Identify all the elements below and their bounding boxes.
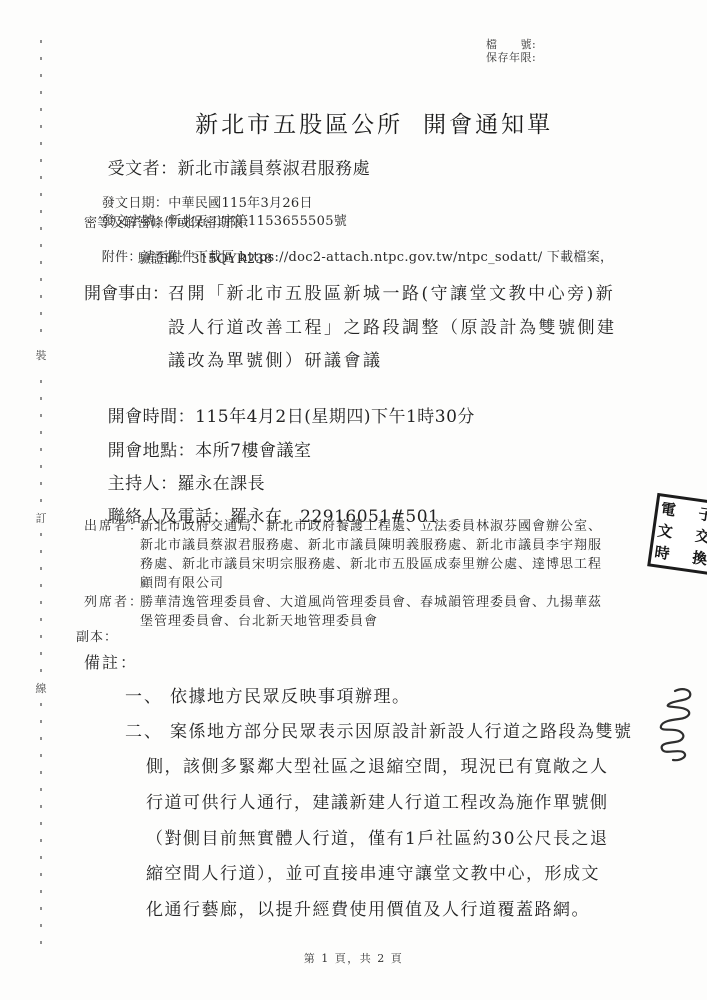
remark-2-line-2: 側，該側多緊鄰大型社區之退縮空間，現況已有寬敞之人 (146, 757, 609, 777)
recipient-label: 受文者： (108, 159, 178, 179)
subject-line-2: 設人行道改善工程」之路段調整（原設計為雙號側建 (168, 318, 617, 338)
attachment-verification-code: 驗證碼：315QYR238 (138, 252, 273, 268)
remarks-label: 備註： (84, 653, 138, 672)
binding-dotted-line (40, 40, 42, 952)
attendees-line-2: 新北市議員蔡淑君服務處、新北市議員陳明義服務處、新北市議員李宇翔服 (140, 538, 602, 554)
remark-2-number: 二、 (125, 722, 163, 742)
recipient-value: 新北市議員蔡淑君服務處 (178, 159, 371, 179)
scribble-seal-mark (645, 686, 699, 764)
electronic-exchange-stamp: 電 文 時 子 交 換 (647, 493, 707, 575)
issuing-org: 新北市五股區公所 (195, 112, 403, 138)
remark-2-line-6: 化通行藝廊，以提升經費使用價值及人行道覆蓋路網。 (146, 900, 590, 920)
attendees-label: 出席者： (84, 519, 144, 535)
subject-label: 開會事由： (84, 284, 169, 304)
secrecy-line: 密等及解密條件或保密期限： (84, 216, 257, 232)
attendees-line-1: 新北市政府交通局、新北市政府養護工程處、立法委員林淑芬國會辦公室、 (140, 519, 602, 535)
observers-line-2: 堡管理委員會、台北新天地管理委員會 (140, 614, 378, 630)
attendees-line-3: 務處、新北市議員宋明宗服務處、新北市五股區成泰里辦公處、達博思工程 (140, 557, 602, 573)
subject-line-3: 議改為單號側）研議會議 (168, 351, 383, 371)
doc-type: 開會通知單 (423, 112, 553, 138)
remark-2-line-1: 案係地方部分民眾表示因原設計新設人行道之路段為雙號 (170, 722, 633, 742)
file-number-label: 檔 號: (486, 38, 536, 51)
attachment-label: 附件： (102, 250, 142, 265)
stamp-left-column: 電 文 時 (652, 498, 679, 564)
observers-label: 列席者： (84, 595, 144, 611)
cc-label: 副本： (76, 630, 118, 646)
observers-line-1: 勝華清逸管理委員會、大道風尚管理委員會、春城韻管理委員會、九揚華茲 (140, 595, 602, 611)
stamp-right-column: 子 交 換 (689, 504, 707, 570)
subject-line-1: 召開「新北市五股區新城一路(守讓堂文教中心旁)新 (168, 284, 615, 304)
binding-mark-zhuang: 裝 (32, 344, 50, 366)
retention-period-label: 保存年限: (486, 51, 536, 64)
binding-mark-ding: 訂 (32, 507, 50, 529)
remark-2-line-5: 縮空間人行道），並可直接串連守讓堂文教中心，形成文 (146, 864, 600, 884)
remark-1-number: 一、 (125, 687, 163, 707)
page-footer: 第 1 頁，共 2 頁 (0, 952, 707, 965)
scanned-meeting-notice-document: 裝 訂 線 檔 號: 保存年限: 新北市五股區公所開會通知單 受文者：新北市議員… (0, 0, 707, 1000)
remark-1-text: 依據地方民眾反映事項辦理。 (170, 687, 411, 707)
remark-2-line-4: （對側目前無實體人行道，僅有1戶社區約30公尺長之退 (146, 829, 608, 849)
attendees-line-4: 顧問有限公司 (140, 576, 224, 592)
remark-2-line-3: 行道可供行人通行，建議新建人行道工程改為施作單號側 (146, 793, 609, 813)
binding-mark-xian: 線 (32, 677, 50, 699)
